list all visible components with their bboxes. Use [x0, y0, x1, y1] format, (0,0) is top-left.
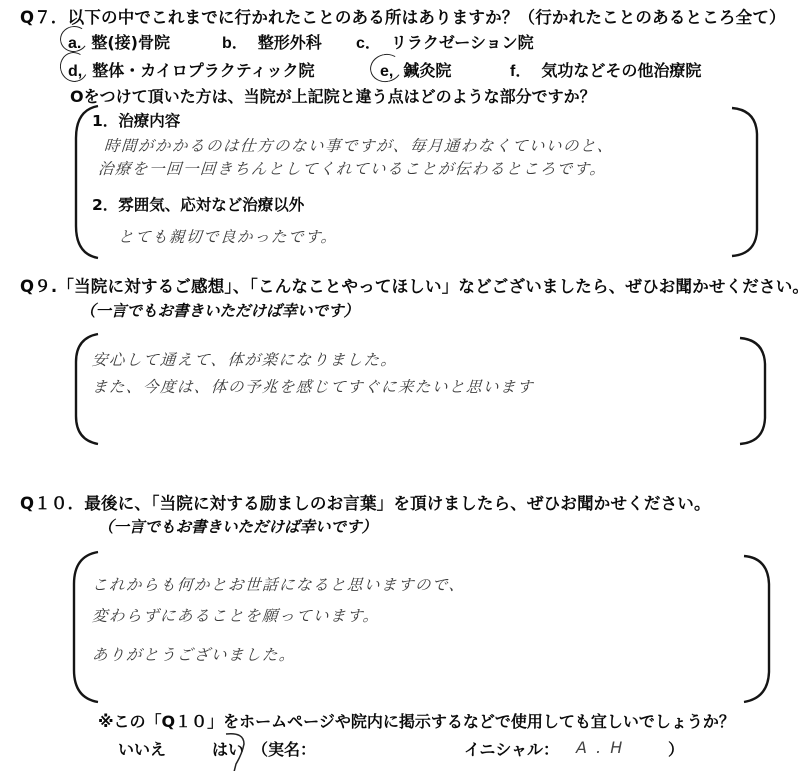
q7-section-1-label: 1．治療内容: [92, 109, 180, 131]
option-key: b．: [222, 30, 248, 53]
q9-note: （一言でもお書きいただけば幸いです）: [80, 299, 359, 321]
initial-field[interactable]: A . H: [576, 738, 624, 757]
close-paren: ）: [668, 737, 684, 760]
q9-answer-line-1[interactable]: 安心して通えて、体が楽になりました。: [91, 348, 398, 370]
q10-title: Q１０．最後に、「当院に対する励ましのお言葉」を頂けましたら、ぜひお聞かせくださ…: [20, 490, 711, 514]
q7-option-b[interactable]: b．整形外科: [222, 30, 322, 53]
q7-option-c[interactable]: c．リラクゼーション院: [356, 30, 534, 53]
consent-no-option[interactable]: いいえ: [118, 737, 166, 760]
q7-section-1-answer-line-2[interactable]: 治療を一回一回きちんとしてくれていることが伝わるところです。: [97, 157, 607, 179]
option-label: 整(接)骨院: [91, 33, 170, 52]
yes-check-mark: [222, 730, 252, 771]
q10-answer-line-3[interactable]: ありがとうございました。: [91, 643, 297, 665]
q7-right-bracket: [730, 106, 762, 258]
q7-section-1-answer-line-1[interactable]: 時間がかかるのは仕方のない事ですが、毎月通わなくていいのと、: [103, 134, 615, 156]
option-label: 整体・カイロプラクティック院: [92, 61, 314, 80]
q7-section-2-label: 2．雰囲気、応対など治療以外: [92, 193, 304, 215]
q7-followup-question: Oをつけて頂いた方は、当院が上記院と違う点はどのような部分ですか？: [70, 84, 596, 107]
q9-title: Q９.「当院に対するご感想」、「こんなことやってほしい」などございましたら、ぜひ…: [20, 273, 800, 297]
real-name-label: （実名：: [252, 737, 316, 760]
q9-right-bracket: [738, 336, 770, 446]
option-key: c．: [356, 30, 381, 53]
q7-title: Q７．以下の中でこれまでに行かれたことのある所はありますか？（行かれたことのある…: [20, 4, 786, 28]
q10-note: （一言でもお書きいただけば幸いです）: [98, 515, 377, 537]
q10-right-bracket: [742, 554, 774, 704]
option-label: 整形外科: [258, 33, 322, 52]
option-label: 鍼灸院: [403, 61, 451, 80]
option-label: リラクゼーション院: [391, 33, 534, 52]
q10-answer-line-1[interactable]: これからも何かとお世話になると思いますので、: [91, 573, 466, 595]
real-name-field[interactable]: [330, 737, 450, 757]
option-label: 気功などその他治療院: [541, 61, 701, 80]
q10-answer-line-2[interactable]: 変わらずにあることを願っています。: [91, 604, 380, 626]
q7-option-f[interactable]: f．気功などその他治療院: [510, 58, 701, 81]
q7-section-2-answer-line-1[interactable]: とても親切で良かったです。: [117, 225, 338, 247]
q9-answer-line-2[interactable]: また、今度は、体の予兆を感じてすぐに来たいと思います: [91, 375, 535, 397]
option-key: f．: [510, 58, 531, 81]
consent-question: ※この「Q１０」をホームページや院内に掲示するなどで使用しても宜しいでしょうか？: [98, 709, 735, 732]
q7-option-d[interactable]: d,整体・カイロプラクティック院: [68, 58, 314, 81]
initial-label: イニシャル：: [464, 737, 559, 760]
